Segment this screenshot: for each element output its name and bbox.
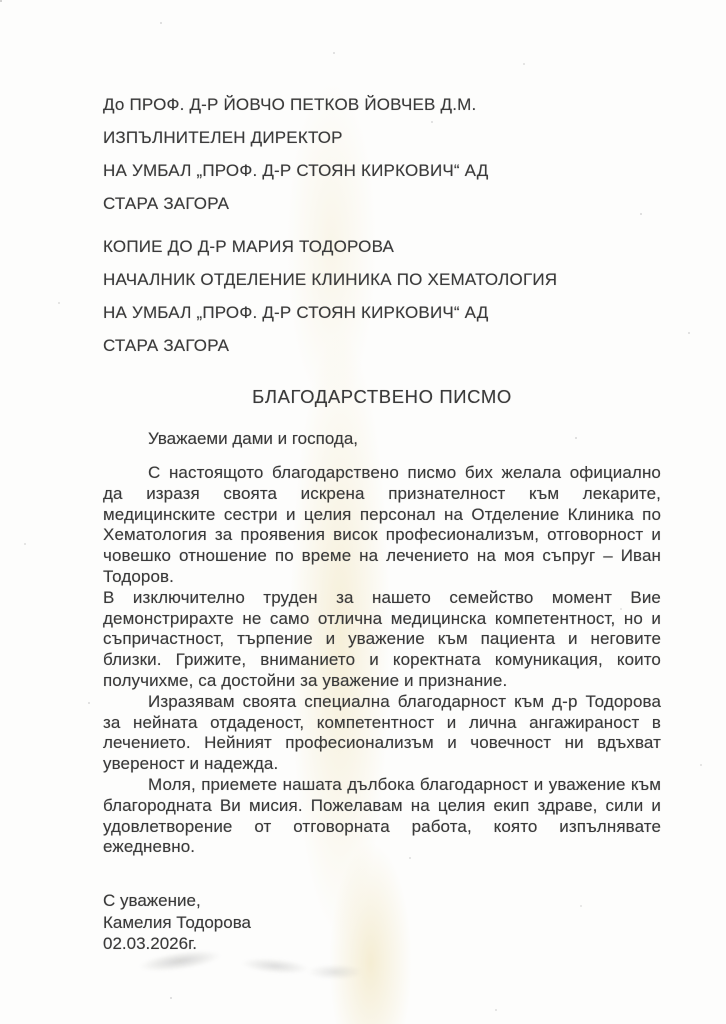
signature-closing: С уважение, bbox=[103, 890, 661, 912]
copy-line-position: НАЧАЛНИК ОТДЕЛЕНИЕ КЛИНИКА ПО ХЕМАТОЛОГИ… bbox=[103, 263, 661, 296]
recipient-line-name: До ПРОФ. Д-Р ЙОВЧО ПЕТКОВ ЙОВЧЕВ Д.М. bbox=[103, 88, 661, 121]
recipient-line-position: ИЗПЪЛНИТЕЛЕН ДИРЕКТОР bbox=[103, 121, 661, 154]
copy-address-block: КОПИЕ ДО Д-Р МАРИЯ ТОДОРОВА НАЧАЛНИК ОТД… bbox=[103, 230, 661, 362]
signature-date: 02.03.2026г. bbox=[103, 933, 661, 955]
salutation: Уважаеми дами и господа, bbox=[103, 428, 661, 449]
signature-name: Камелия Тодорова bbox=[103, 912, 661, 934]
recipient-line-city: СТАРА ЗАГОРА bbox=[103, 187, 661, 220]
paragraph-gratitude-intro: С настоящото благодарствено писмо бих же… bbox=[103, 463, 661, 588]
signature-block: С уважение, Камелия Тодорова 02.03.2026г… bbox=[103, 890, 661, 955]
letter-content: До ПРОФ. Д-Р ЙОВЧО ПЕТКОВ ЙОВЧЕВ Д.М. ИЗ… bbox=[103, 88, 661, 955]
paragraph-special-thanks: Изразявам своята специална благодарност … bbox=[103, 692, 661, 775]
paragraph-difficult-moment: В изключително труден за нашето семейств… bbox=[103, 588, 661, 692]
copy-line-name: КОПИЕ ДО Д-Р МАРИЯ ТОДОРОВА bbox=[103, 230, 661, 263]
letter-body: С настоящото благодарствено писмо бих же… bbox=[103, 463, 661, 858]
scanned-letter-page: До ПРОФ. Д-Р ЙОВЧО ПЕТКОВ ЙОВЧЕВ Д.М. ИЗ… bbox=[0, 0, 726, 1024]
copy-line-city: СТАРА ЗАГОРА bbox=[103, 329, 661, 362]
copy-line-hospital: НА УМБАЛ „ПРОФ. Д-Р СТОЯН КИРКОВИЧ“ АД bbox=[103, 296, 661, 329]
scan-smudge bbox=[229, 951, 321, 981]
recipient-line-hospital: НА УМБАЛ „ПРОФ. Д-Р СТОЯН КИРКОВИЧ“ АД bbox=[103, 154, 661, 187]
scan-smudge bbox=[300, 962, 370, 982]
scan-speckles bbox=[0, 0, 2, 2]
recipient-address-block: До ПРОФ. Д-Р ЙОВЧО ПЕТКОВ ЙОВЧЕВ Д.М. ИЗ… bbox=[103, 88, 661, 220]
paragraph-wishes: Моля, приемете нашата дълбока благодарно… bbox=[103, 775, 661, 858]
letter-title: БЛАГОДАРСТВЕНО ПИСМО bbox=[103, 384, 661, 410]
